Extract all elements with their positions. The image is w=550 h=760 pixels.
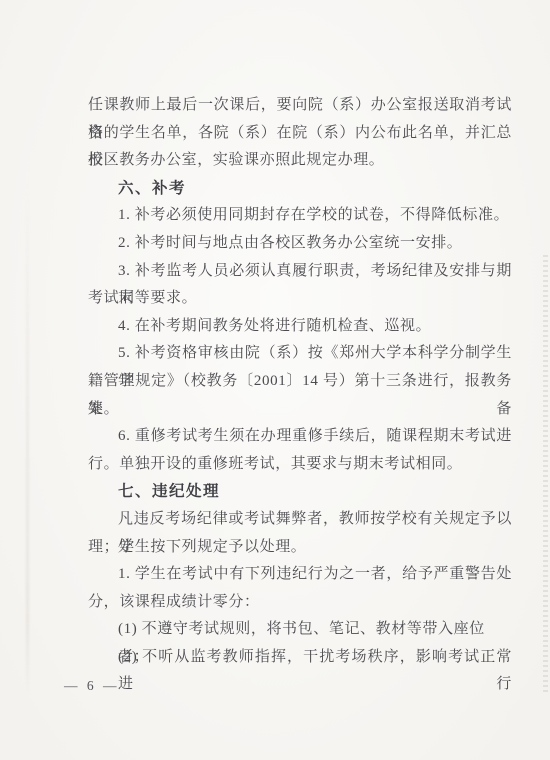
text-line: 格的学生名单，各院（系）在院（系）内公布此名单，并汇总报 xyxy=(88,120,512,148)
text-line: (2) 不听从监考教师指挥，干扰考场秩序，影响考试正常进行 xyxy=(88,644,512,672)
text-line: 1. 补考必须使用同期封存在学校的试卷，不得降低标准。 xyxy=(88,202,512,230)
text-line: 籍管理规定》（校教务〔2001〕14 号）第十三条进行，报教务处备 xyxy=(88,368,512,396)
text-line: 5. 补考资格审核由院（系）按《郑州大学本科学分制学生学 xyxy=(88,340,512,368)
text-line: 1. 学生在考试中有下列违纪行为之一者，给予严重警告处 xyxy=(88,561,512,589)
document-page: 任课教师上最后一次课后，要向院（系）办公室报送取消考试资格的学生名单，各院（系）… xyxy=(0,0,550,760)
text-line: 理；学生按下列规定予以处理。 xyxy=(88,534,512,562)
scan-edge-artifact-right xyxy=(543,255,548,695)
text-line: 分，该课程成绩计零分： xyxy=(88,589,512,617)
text-line: 3. 补考监考人员必须认真履行职责，考场纪律及安排与期末 xyxy=(88,258,512,286)
section-heading: 六、补考 xyxy=(88,175,512,203)
document-body: 任课教师上最后一次课后，要向院（系）办公室报送取消考试资格的学生名单，各院（系）… xyxy=(88,92,512,671)
text-line: 4. 在补考期间教务处将进行随机检查、巡视。 xyxy=(88,313,512,341)
text-line: 任课教师上最后一次课后，要向院（系）办公室报送取消考试资 xyxy=(88,92,512,120)
text-line: 校区教务办公室，实验课亦照此规定办理。 xyxy=(88,147,512,175)
text-line: 6. 重修考试考生须在办理重修手续后，随课程期末考试进 xyxy=(88,423,512,451)
text-line: (1) 不遵守考试规则，将书包、笔记、教材等带入座位者； xyxy=(88,616,512,644)
section-heading: 七、违纪处理 xyxy=(88,478,512,506)
page-number: — 6 — xyxy=(64,676,120,696)
text-line: 考试同等要求。 xyxy=(88,285,512,313)
text-line: 2. 补考时间与地点由各校区教务办公室统一安排。 xyxy=(88,230,512,258)
text-line: 行。单独开设的重修班考试，其要求与期末考试相同。 xyxy=(88,451,512,479)
scan-edge-artifact-left xyxy=(26,180,29,700)
text-line: 凡违反考场纪律或考试舞弊者，教师按学校有关规定予以处 xyxy=(88,506,512,534)
